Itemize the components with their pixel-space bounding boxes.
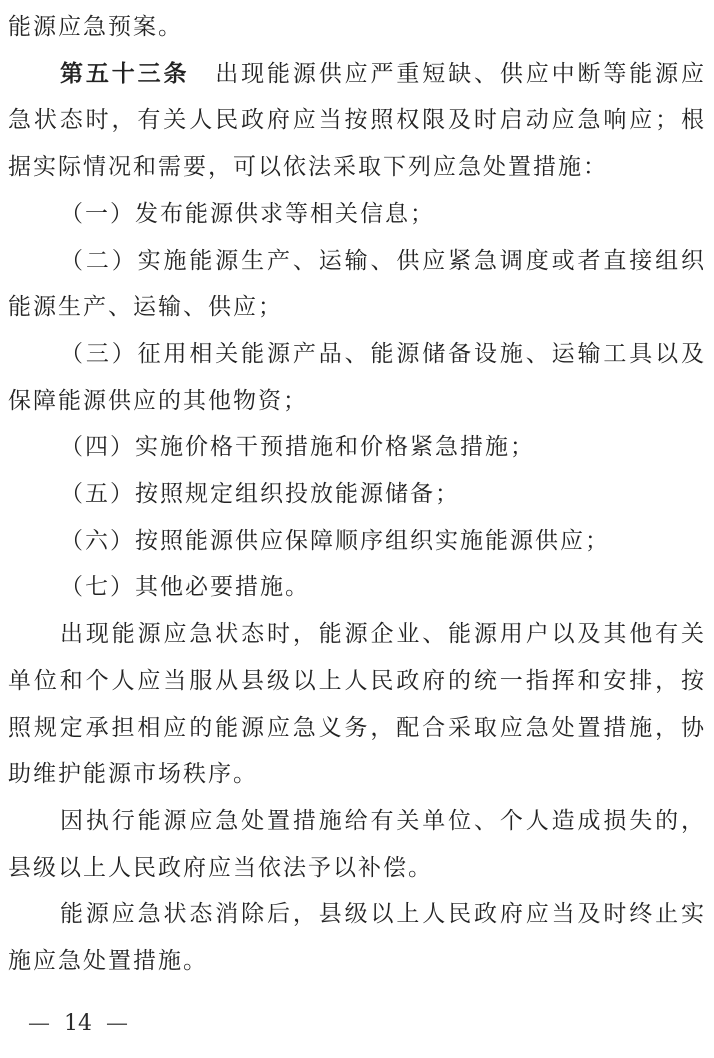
document-page: 能源应急预案。第五十三条 出现能源供应严重短缺、供应中断等能源应急状态时，有关人… bbox=[0, 0, 714, 1058]
page-footer: — 14 — bbox=[28, 1011, 128, 1036]
paragraph: 出现能源应急状态时，能源企业、能源用户以及其他有关单位和个人应当服从县级以上人民… bbox=[8, 611, 706, 798]
paragraph: （七）其他必要措施。 bbox=[8, 564, 706, 611]
footer-left-dash: — bbox=[28, 1011, 50, 1036]
paragraph: （二）实施能源生产、运输、供应紧急调度或者直接组织能源生产、运输、供应； bbox=[8, 238, 706, 331]
paragraph: 第五十三条 出现能源供应严重短缺、供应中断等能源应急状态时，有关人民政府应当按照… bbox=[8, 51, 706, 191]
paragraph: 能源应急状态消除后，县级以上人民政府应当及时终止实施应急处置措施。 bbox=[8, 891, 706, 984]
paragraph: 能源应急预案。 bbox=[8, 4, 706, 51]
paragraph: （五）按照规定组织投放能源储备； bbox=[8, 471, 706, 518]
paragraph: 因执行能源应急处置措施给有关单位、个人造成损失的，县级以上人民政府应当依法予以补… bbox=[8, 798, 706, 891]
footer-right-dash: — bbox=[106, 1011, 128, 1036]
page-number: 14 bbox=[64, 1011, 92, 1036]
article-number: 第五十三条 bbox=[60, 60, 189, 87]
document-body: 能源应急预案。第五十三条 出现能源供应严重短缺、供应中断等能源应急状态时，有关人… bbox=[8, 4, 706, 985]
paragraph: （四）实施价格干预措施和价格紧急措施； bbox=[8, 424, 706, 471]
paragraph: （六）按照能源供应保障顺序组织实施能源供应； bbox=[8, 518, 706, 565]
paragraph: （一）发布能源供求等相关信息； bbox=[8, 191, 706, 238]
paragraph: （三）征用相关能源产品、能源储备设施、运输工具以及保障能源供应的其他物资； bbox=[8, 331, 706, 424]
